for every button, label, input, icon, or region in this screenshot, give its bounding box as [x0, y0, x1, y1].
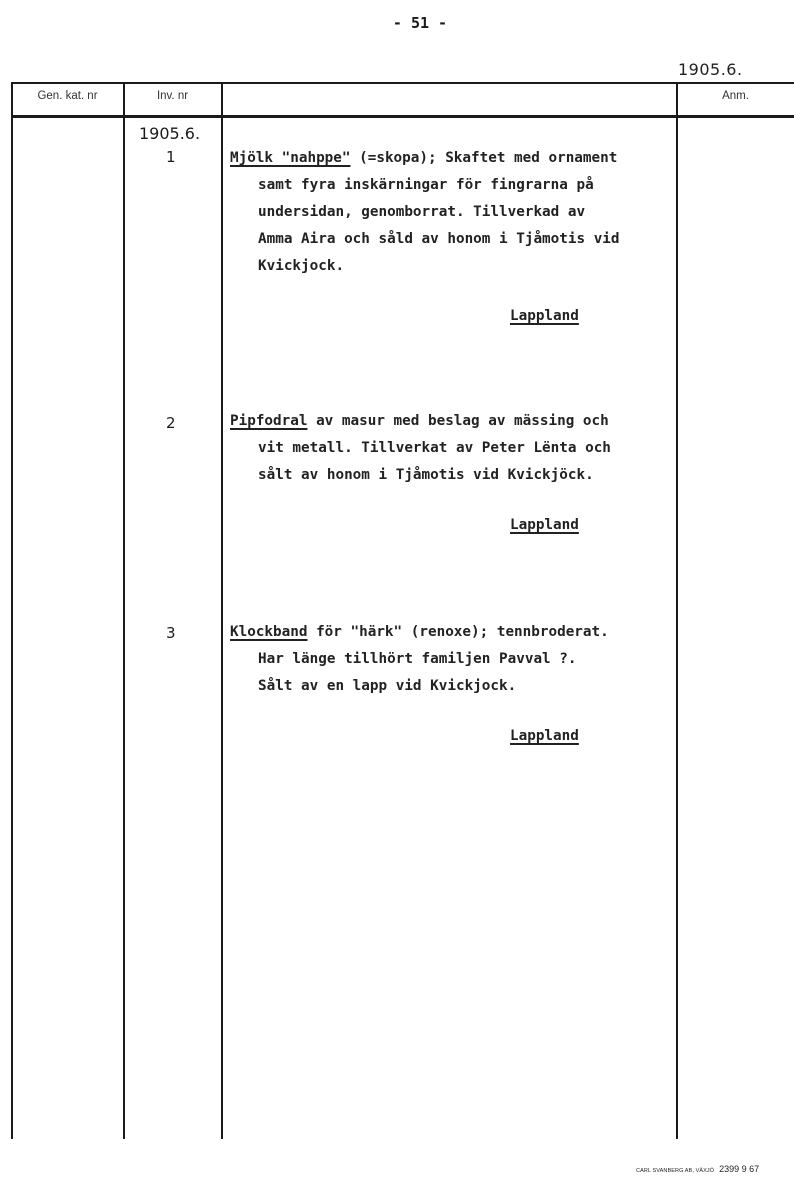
- header-inv-nr: Inv. nr: [124, 90, 221, 102]
- entry-title: Klockband: [230, 624, 307, 640]
- catalog-entry: Klockband för "härk" (renoxe); tennbrode…: [230, 619, 670, 700]
- entry-first-line: Klockband för "härk" (renoxe); tennbrode…: [230, 619, 670, 646]
- entry-line: Sålt av en lapp vid Kvickjock.: [230, 673, 670, 700]
- entry-title: Pipfodral: [230, 413, 307, 429]
- entry-line: Amma Aira och såld av honom i Tjåmotis v…: [230, 226, 670, 253]
- column-divider-gen-inv: [123, 82, 125, 1139]
- entry-region: Lappland: [510, 517, 579, 533]
- printer-imprint: CARL SVANBERG AB, VÄXJÖ2399 9 67: [636, 1159, 759, 1177]
- series-label: 1905.6.: [678, 60, 743, 79]
- header-gen-kat-nr: Gen. kat. nr: [12, 90, 123, 102]
- entry-title: Mjölk "nahppe": [230, 150, 351, 166]
- entry-first-line-text: av masur med beslag av mässing och: [307, 413, 608, 429]
- column-divider-inv-desc: [221, 82, 223, 1139]
- page-number: - 51 -: [0, 14, 794, 32]
- inv-number: 3: [166, 624, 176, 642]
- entry-first-line: Mjölk "nahppe" (=skopa); Skaftet med orn…: [230, 145, 670, 172]
- entry-line: Kvickjock.: [230, 253, 670, 280]
- series-heading: 1905.6.: [139, 124, 200, 143]
- column-divider-desc-anm: [676, 82, 678, 1139]
- entry-line: vit metall. Tillverkat av Peter Lënta oc…: [230, 435, 670, 462]
- entry-line: Har länge tillhört familjen Pavval ?.: [230, 646, 670, 673]
- entry-region: Lappland: [510, 728, 579, 744]
- form-code: 2399 9 67: [719, 1164, 759, 1174]
- entry-first-line-text: för "härk" (renoxe); tennbroderat.: [307, 624, 608, 640]
- inv-number: 1: [166, 148, 176, 166]
- entry-region: Lappland: [510, 308, 579, 324]
- header-anm: Anm.: [677, 90, 794, 102]
- catalog-entry: Mjölk "nahppe" (=skopa); Skaftet med orn…: [230, 145, 670, 280]
- entry-first-line: Pipfodral av masur med beslag av mässing…: [230, 408, 670, 435]
- entry-line: samt fyra inskärningar för fingrarna på: [230, 172, 670, 199]
- column-divider-left: [11, 82, 13, 1139]
- printer-name: CARL SVANBERG AB, VÄXJÖ: [636, 1168, 714, 1174]
- inv-number: 2: [166, 414, 176, 432]
- entry-first-line-text: (=skopa); Skaftet med ornament: [351, 150, 618, 166]
- catalog-entry: Pipfodral av masur med beslag av mässing…: [230, 408, 670, 489]
- entry-line: sålt av honom i Tjåmotis vid Kvickjöck.: [230, 462, 670, 489]
- entry-line: undersidan, genomborrat. Tillverkad av: [230, 199, 670, 226]
